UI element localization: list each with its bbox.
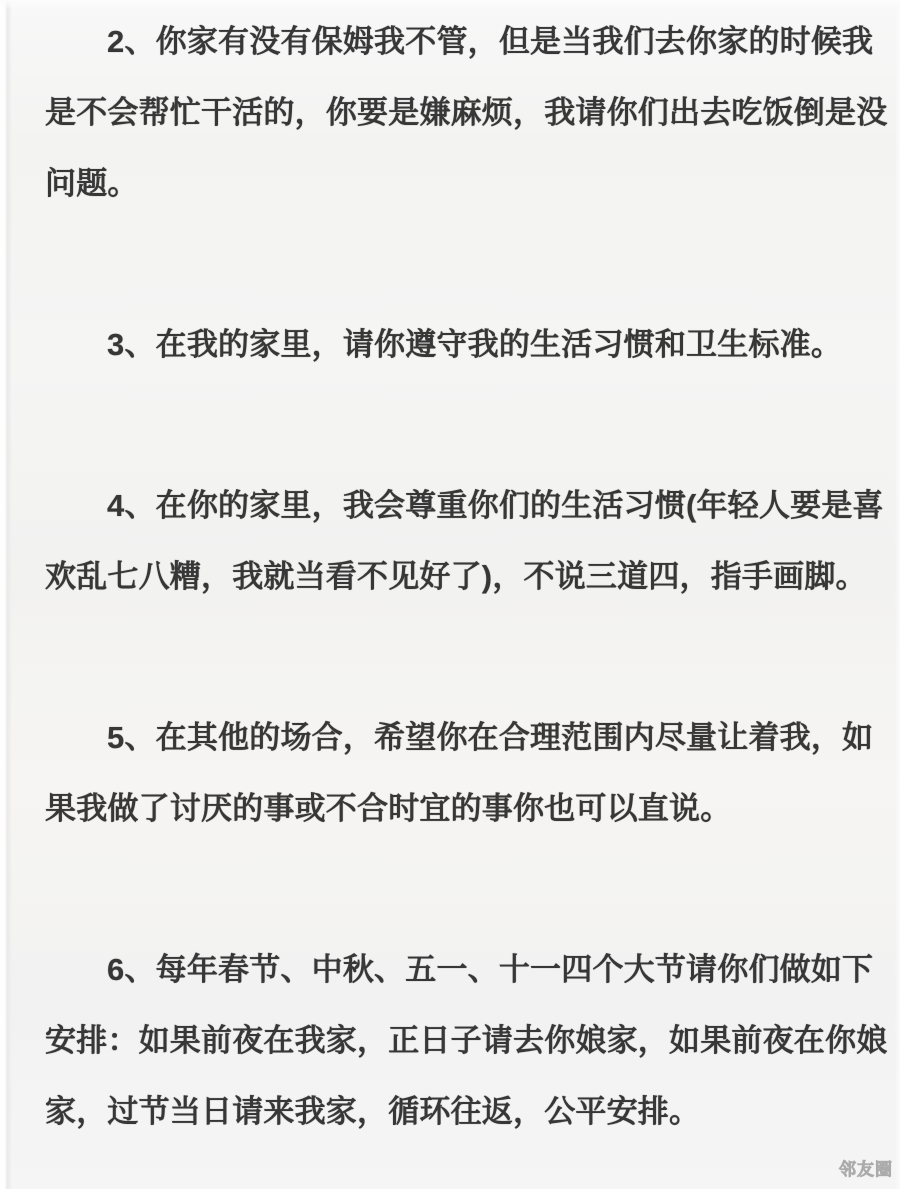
paragraph-2: 2、你家有没有保姆我不管，但是当我们去你家的时候我 是不会帮忙干活的，你要是嫌麻… bbox=[45, 6, 864, 219]
paragraph-line: 安排：如果前夜在我家，正日子请去你娘家，如果前夜在你娘 bbox=[45, 1005, 864, 1076]
paragraph-line: 3、在我的家里，请你遵守我的生活习惯和卫生标准。 bbox=[45, 309, 864, 380]
paragraph-line: 欢乱七八糟，我就当看不见好了)，不说三道四，指手画脚。 bbox=[45, 541, 864, 612]
paragraph-line: 4、在你的家里，我会尊重你们的生活习惯(年轻人要是喜 bbox=[45, 470, 864, 541]
paragraph-6: 6、每年春节、中秋、五一、十一四个大节请你们做如下 安排：如果前夜在我家，正日子… bbox=[45, 934, 864, 1147]
paragraph-line: 家，过节当日请来我家，循环往返，公平安排。 bbox=[45, 1076, 864, 1147]
paragraph-line: 是不会帮忙干活的，你要是嫌麻烦，我请你们出去吃饭倒是没 bbox=[45, 77, 864, 148]
paragraph-5: 5、在其他的场合，希望你在合理范围内尽量让着我，如 果我做了讨厌的事或不合时宜的… bbox=[45, 702, 864, 844]
paragraph-line: 5、在其他的场合，希望你在合理范围内尽量让着我，如 bbox=[45, 702, 864, 773]
paragraph-3: 3、在我的家里，请你遵守我的生活习惯和卫生标准。 bbox=[45, 309, 864, 380]
paragraph-line: 2、你家有没有保姆我不管，但是当我们去你家的时候我 bbox=[45, 6, 864, 77]
paragraph-line: 6、每年春节、中秋、五一、十一四个大节请你们做如下 bbox=[45, 934, 864, 1005]
paragraph-4: 4、在你的家里，我会尊重你们的生活习惯(年轻人要是喜 欢乱七八糟，我就当看不见好… bbox=[45, 470, 864, 612]
paragraph-line: 问题。 bbox=[45, 148, 864, 219]
watermark-linyouquan: 邻友圈 bbox=[839, 1155, 893, 1180]
document-page: 2、你家有没有保姆我不管，但是当我们去你家的时候我 是不会帮忙干活的，你要是嫌麻… bbox=[0, 0, 900, 1147]
paragraph-line: 果我做了讨厌的事或不合时宜的事你也可以直说。 bbox=[45, 773, 864, 844]
